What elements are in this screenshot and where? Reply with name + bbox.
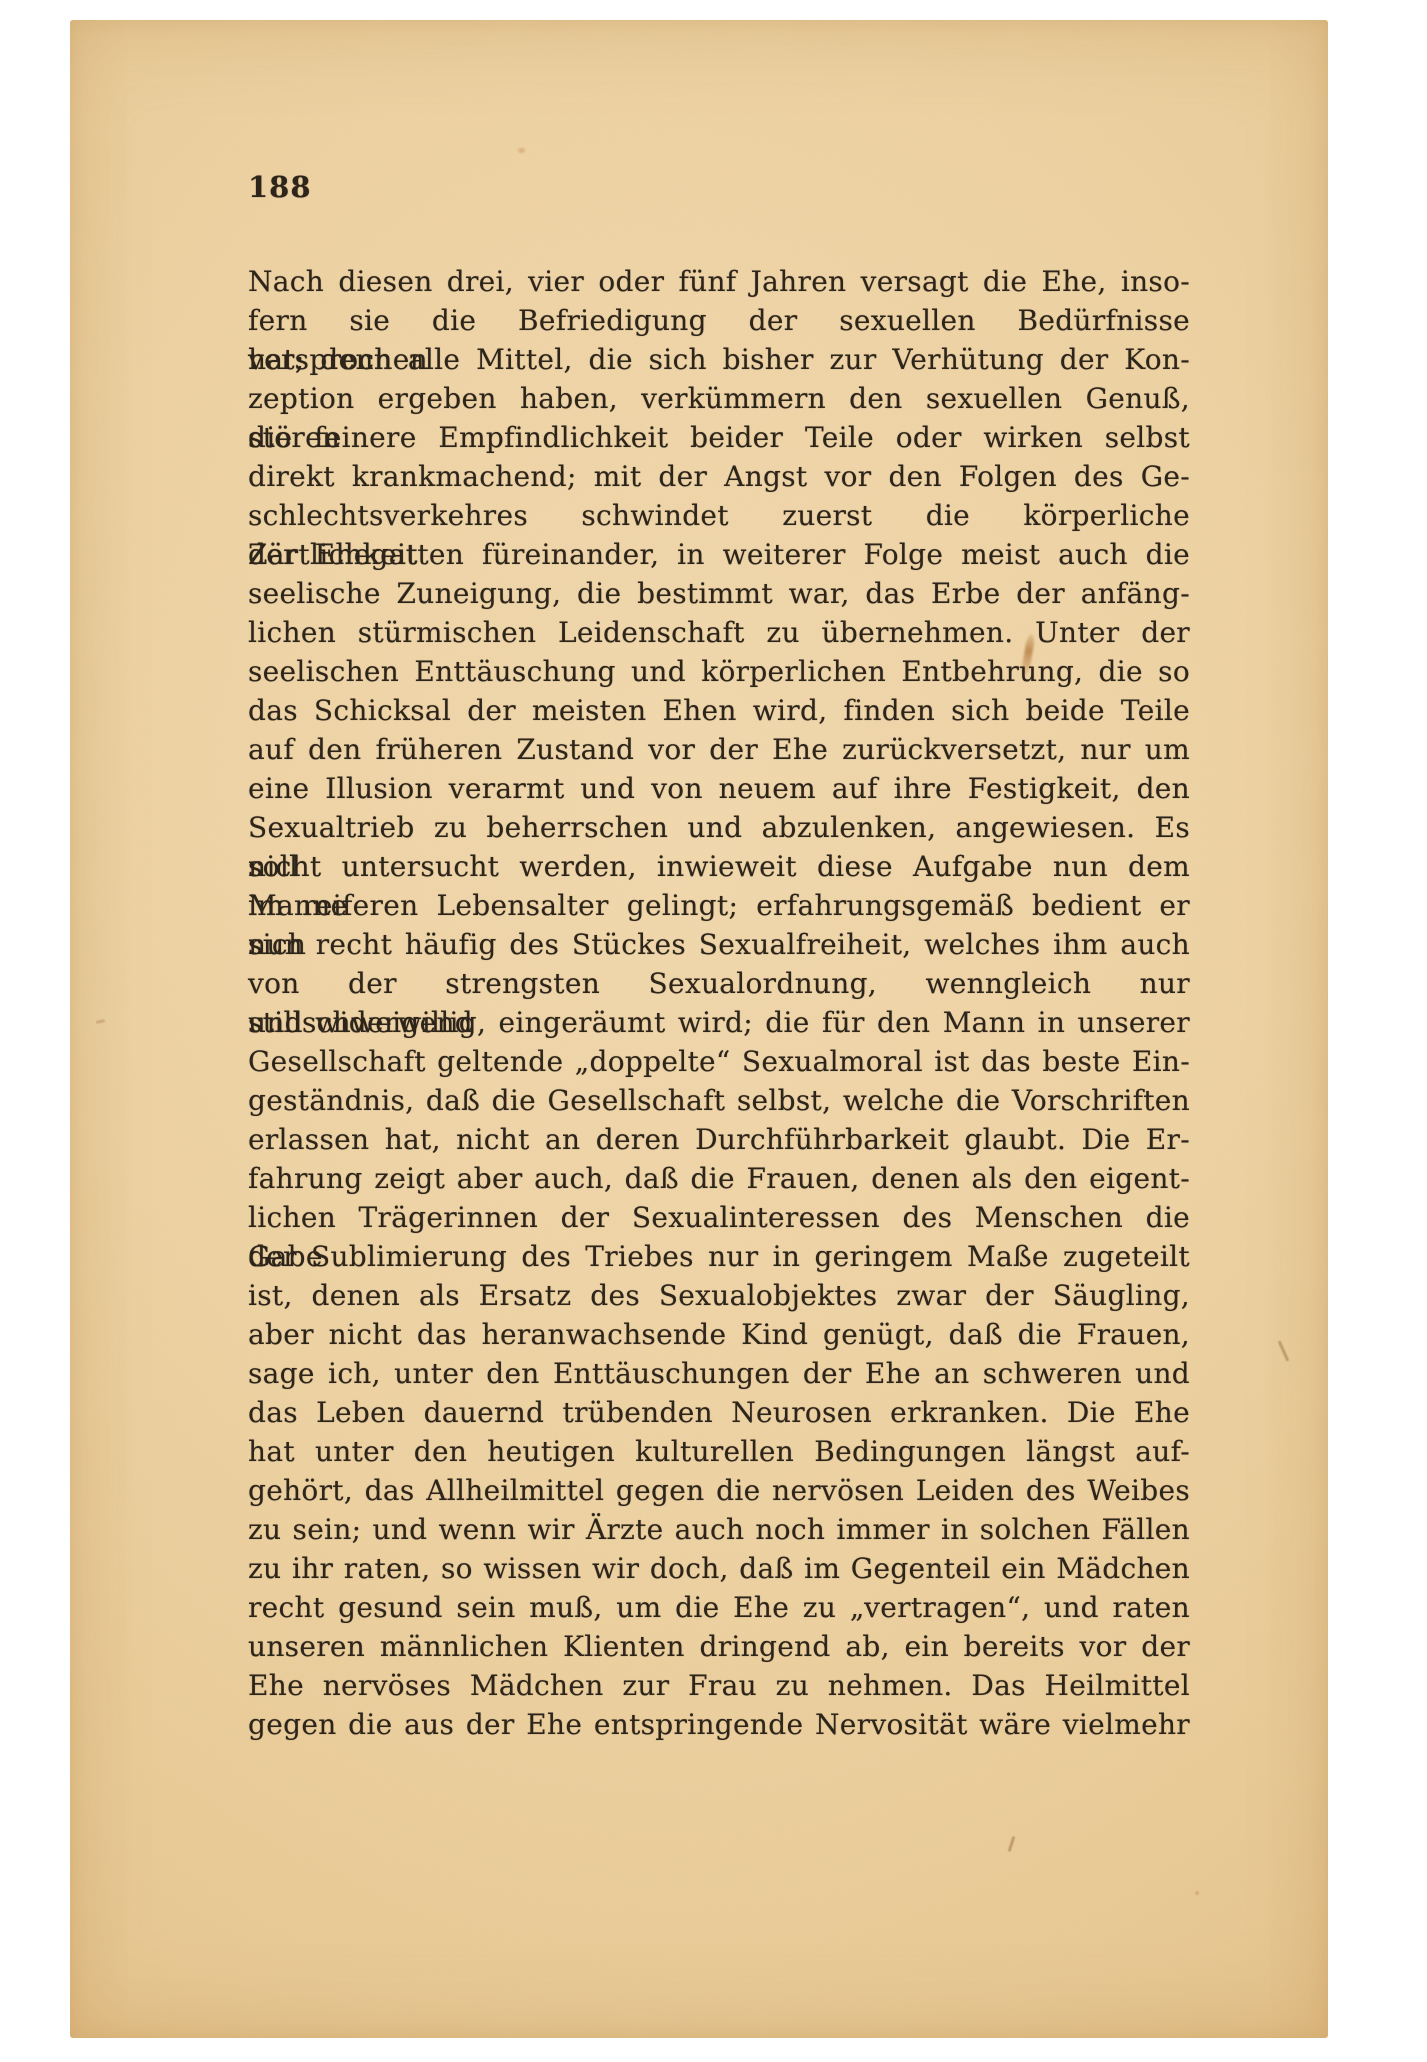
- text-line: Ehe nervöses Mädchen zur Frau zu nehmen.…: [248, 1666, 1190, 1705]
- page-number: 188: [248, 170, 1190, 204]
- text-line: direkt krankmachend; mit der Angst vor d…: [248, 457, 1190, 496]
- text-line: fern sie die Befriedigung der sexuellen …: [248, 301, 1190, 340]
- text-line: nun recht häufig des Stückes Sexualfreih…: [248, 925, 1190, 964]
- text-line: zu ihr raten, so wissen wir doch, daß im…: [248, 1549, 1190, 1588]
- text-line: das Leben dauernd trübenden Neurosen erk…: [248, 1393, 1190, 1432]
- book-page: 188 Nach diesen drei, vier oder fünf Jah…: [70, 20, 1328, 2038]
- text-line: das Schicksal der meisten Ehen wird, fin…: [248, 691, 1190, 730]
- text-line: auf den früheren Zustand vor der Ehe zur…: [248, 730, 1190, 769]
- text-line: lichen Trägerinnen der Sexualinteressen …: [248, 1198, 1190, 1237]
- text-line: gegen die aus der Ehe entspringende Nerv…: [248, 1705, 1190, 1744]
- text-line: fahrung zeigt aber auch, daß die Frauen,…: [248, 1159, 1190, 1198]
- text-line: recht gesund sein muß, um die Ehe zu „ve…: [248, 1588, 1190, 1627]
- text-line: zu sein; und wenn wir Ärzte auch noch im…: [248, 1510, 1190, 1549]
- text-line: sage ich, unter den Enttäuschungen der E…: [248, 1354, 1190, 1393]
- text-line: geständnis, daß die Gesellschaft selbst,…: [248, 1081, 1190, 1120]
- text-line: die feinere Empfindlichkeit beider Teile…: [248, 418, 1190, 457]
- body-paragraph: Nach diesen drei, vier oder fünf Jahren …: [248, 262, 1190, 1744]
- text-line: hat; denn alle Mittel, die sich bisher z…: [248, 340, 1190, 379]
- paper-speck: [1194, 1890, 1200, 1896]
- page-content: 188 Nach diesen drei, vier oder fünf Jah…: [248, 170, 1190, 1744]
- paper-speck: [518, 148, 525, 153]
- text-line: ist, denen als Ersatz des Sexualobjektes…: [248, 1276, 1190, 1315]
- paper-speck: [96, 1019, 105, 1024]
- text-line: hat unter den heutigen kulturellen Bedin…: [248, 1432, 1190, 1471]
- text-line: Nach diesen drei, vier oder fünf Jahren …: [248, 262, 1190, 301]
- text-line: gehört, das Allheilmittel gegen die nerv…: [248, 1471, 1190, 1510]
- text-line: Sexualtrieb zu beherrschen und abzulenke…: [248, 808, 1190, 847]
- text-line: schlechtsverkehres schwindet zuerst die …: [248, 496, 1190, 535]
- text-line: seelische Zuneigung, die bestimmt war, d…: [248, 574, 1190, 613]
- text-line: von der strengsten Sexualordnung, wenngl…: [248, 964, 1190, 1003]
- text-line: eine Illusion verarmt und von neuem auf …: [248, 769, 1190, 808]
- text-line: der Sublimierung des Triebes nur in geri…: [248, 1237, 1190, 1276]
- text-line: und widerwillig, eingeräumt wird; die fü…: [248, 1003, 1190, 1042]
- paper-fleck: [1008, 1836, 1016, 1852]
- text-line: seelischen Enttäuschung und körperlichen…: [248, 652, 1190, 691]
- text-line: zeption ergeben haben, verkümmern den se…: [248, 379, 1190, 418]
- text-line: lichen stürmischen Leidenschaft zu übern…: [248, 613, 1190, 652]
- text-line: im reiferen Lebensalter gelingt; erfahru…: [248, 886, 1190, 925]
- text-line: Gesellschaft geltende „doppelte“ Sexualm…: [248, 1042, 1190, 1081]
- text-line: nicht untersucht werden, inwieweit diese…: [248, 847, 1190, 886]
- text-line: der Ehegatten füreinander, in weiterer F…: [248, 535, 1190, 574]
- scan-background: 188 Nach diesen drei, vier oder fünf Jah…: [0, 0, 1427, 2062]
- paper-fleck: [1278, 1340, 1290, 1361]
- text-line: unseren männlichen Klienten dringend ab,…: [248, 1627, 1190, 1666]
- text-line: aber nicht das heranwachsende Kind genüg…: [248, 1315, 1190, 1354]
- text-line: erlassen hat, nicht an deren Durchführba…: [248, 1120, 1190, 1159]
